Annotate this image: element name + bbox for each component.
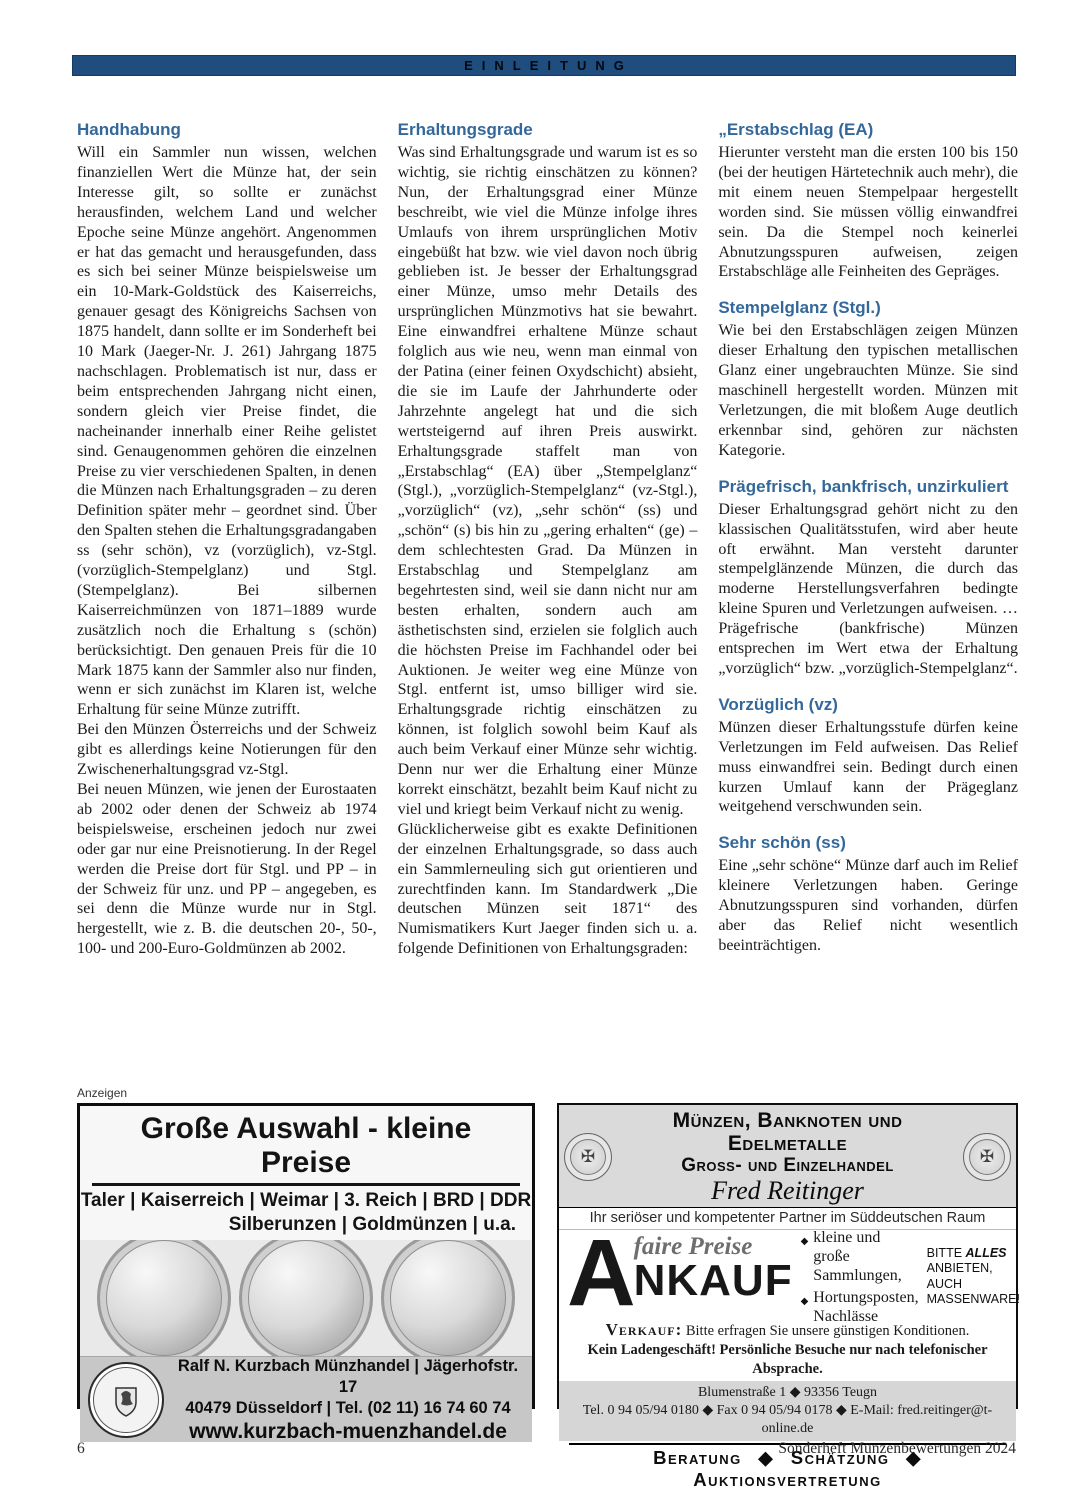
ad-title-line: Münzen, Banknoten und Edelmetalle [616,1109,959,1155]
ad-reitinger: ✠ Münzen, Banknoten und Edelmetalle Gros… [557,1103,1018,1409]
bullet-item: ◆kleine und große Sammlungen, [801,1228,919,1285]
body-paragraph: Bei neuen Münzen, wie jenen der Eurostaa… [77,780,377,959]
section-heading: „Erstabschlag (EA) [718,120,1018,140]
note-text: BITTE [927,1246,966,1260]
coin-image [381,1240,515,1356]
diamond-icon: ◆ [801,1232,809,1285]
body-paragraph: Dieser Erhaltungsgrad gehört nicht zu de… [718,500,1018,679]
text-column: ErhaltungsgradeWas sind Erhaltungsgrade … [398,120,698,959]
ad-header: ✠ Münzen, Banknoten und Edelmetalle Gros… [559,1105,1016,1208]
ad-address-line: 40479 Düsseldorf | Tel. (02 11) 16 74 60… [172,1398,524,1419]
section-heading: Erhaltungsgrade [398,120,698,140]
bitte-alles-note: BITTE ALLES ANBIETEN, AUCH MASSENWARE! [927,1233,1020,1320]
coin-image [239,1240,373,1356]
section-heading: Sehr schön (ss) [718,833,1018,853]
section-heading: Handhabung [77,120,377,140]
ankauf-section: A faire Preise NKAUF ◆kleine und große S… [559,1230,1016,1320]
coin-image [97,1240,231,1356]
kurzbach-crest-icon [88,1362,164,1438]
section-header-bar: EINLEITUNG [72,55,1016,76]
page-number: 6 [77,1440,85,1458]
seal-glyph: ✠ [980,1147,994,1167]
body-paragraph: Eine „sehr schöne“ Münze darf auch im Re… [718,856,1018,956]
section-heading: Stempelglanz (Stgl.) [718,298,1018,318]
ad-contact-band: Ralf N. Kurzbach Münzhandel | Jägerhofst… [80,1356,532,1442]
article-columns: HandhabungWill ein Sammler nun wissen, w… [77,120,1018,959]
edition-title: Sonderheft Münzenbewertungen 2024 [778,1440,1016,1458]
ad-address-band: Blumenstraße 1 ◆ 93356 Teugn Tel. 0 94 0… [559,1381,1016,1441]
ad-title-line: Gross- und Einzelhandel [616,1155,959,1176]
note-line: MASSENWARE! [927,1292,1020,1308]
body-paragraph: Glücklicherweise gibt es exakte Definiti… [398,820,698,959]
verkauf-text: Bitte erfragen Sie unsere günstigen Kond… [686,1323,970,1339]
note-line: AUCH [927,1277,1020,1293]
ad-categories-line: Silberunzen | Goldmünzen | u.a. [80,1213,532,1237]
ankauf-rest: NKAUF [634,1260,793,1302]
ads-label: Anzeigen [77,1086,127,1100]
dealer-name: Fred Reitinger [616,1176,959,1205]
ankauf-wordmark: faire Preise NKAUF [634,1233,793,1320]
ankauf-bullet-list: ◆kleine und große Sammlungen, ◆Hortungsp… [793,1233,919,1320]
section-heading: Vorzüglich (vz) [718,695,1018,715]
note-line: BITTE ALLES [927,1246,1020,1262]
no-shop-note: Kein Ladengeschäft! Persönliche Besuche … [559,1341,1016,1381]
body-paragraph: Münzen dieser Erhaltungsstufe dürfen kei… [718,718,1018,818]
ankauf-initial: A [567,1233,636,1320]
section-heading: Prägefrisch, bankfrisch, unzirkuliert [718,477,1018,497]
ad-header-text: Münzen, Banknoten und Edelmetalle Gross-… [616,1109,959,1205]
ad-kurzbach: Große Auswahl - kleine Preise Taler | Ka… [77,1103,535,1409]
ad-contact-line: Tel. 0 94 05/94 0180 ◆ Fax 0 94 05/94 01… [559,1402,1016,1438]
text-column: HandhabungWill ein Sammler nun wissen, w… [77,120,377,959]
dealer-association-seal-icon: ✠ [963,1133,1011,1181]
ad-address-line: Blumenstraße 1 ◆ 93356 Teugn [559,1384,1016,1402]
section-title: EINLEITUNG [455,58,633,73]
verkauf-line: Verkauf: Bitte erfragen Sie unsere günst… [559,1320,1016,1341]
seal-glyph: ✠ [581,1147,595,1167]
body-paragraph: Will ein Sammler nun wissen, welchen fin… [77,143,377,720]
text-column: „Erstabschlag (EA)Hierunter versteht man… [718,120,1018,959]
verkauf-label: Verkauf: [606,1320,683,1339]
body-paragraph: Wie bei den Erstabschlägen zeigen Münzen… [718,321,1018,460]
body-paragraph: Bei den Münzen Österreichs und der Schwe… [77,720,377,780]
body-paragraph: Hierunter versteht man die ersten 100 bi… [718,143,1018,282]
note-emphasis: ALLES [966,1246,1007,1260]
page-footer: 6 Sonderheft Münzenbewertungen 2024 [77,1440,1016,1458]
ad-categories-line: Taler | Kaiserreich | Weimar | 3. Reich … [80,1189,532,1213]
bullet-text: kleine und große Sammlungen, [813,1228,918,1285]
dealer-association-seal-icon: ✠ [564,1133,612,1181]
coin-images-strip [80,1240,532,1356]
note-line: ANBIETEN, [927,1261,1020,1277]
body-paragraph: Was sind Erhaltungsgrade und warum ist e… [398,143,698,820]
ad-address-block: Ralf N. Kurzbach Münzhandel | Jägerhofst… [172,1356,524,1444]
ad-headline: Große Auswahl - kleine Preise [92,1112,520,1186]
ad-address-line: Ralf N. Kurzbach Münzhandel | Jägerhofst… [172,1356,524,1398]
